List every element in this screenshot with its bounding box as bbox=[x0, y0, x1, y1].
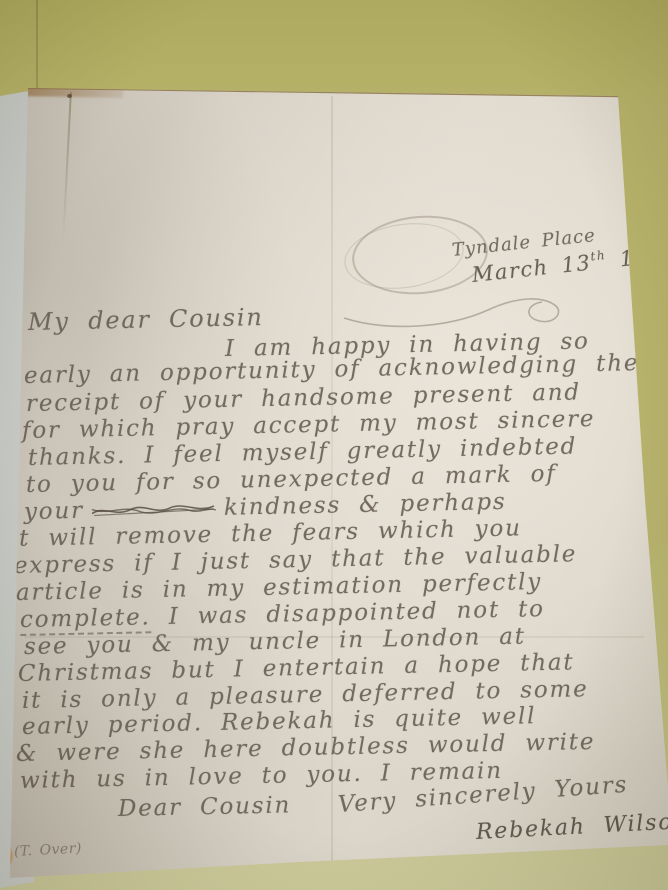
photo-of-letter: { "photo": { "background_top": "#b3af64"… bbox=[0, 0, 668, 890]
date-flourish bbox=[338, 284, 578, 334]
line-pre: your bbox=[24, 498, 84, 525]
signature: Rebekah Wilson bbox=[475, 809, 668, 845]
corner-note: (T. Over) bbox=[14, 840, 83, 860]
corner-crease bbox=[62, 92, 72, 242]
date-ordinal: th bbox=[590, 248, 607, 264]
scribbled-out-word bbox=[90, 499, 218, 520]
closing-dear-cousin: Dear Cousin bbox=[118, 792, 292, 822]
letter-sheet: Tyndale Place March 13th 1810 My dear Co… bbox=[0, 0, 668, 890]
ink-speck bbox=[67, 94, 72, 98]
background-crease bbox=[36, 0, 38, 92]
salutation-line: My dear Cousin bbox=[28, 303, 264, 336]
